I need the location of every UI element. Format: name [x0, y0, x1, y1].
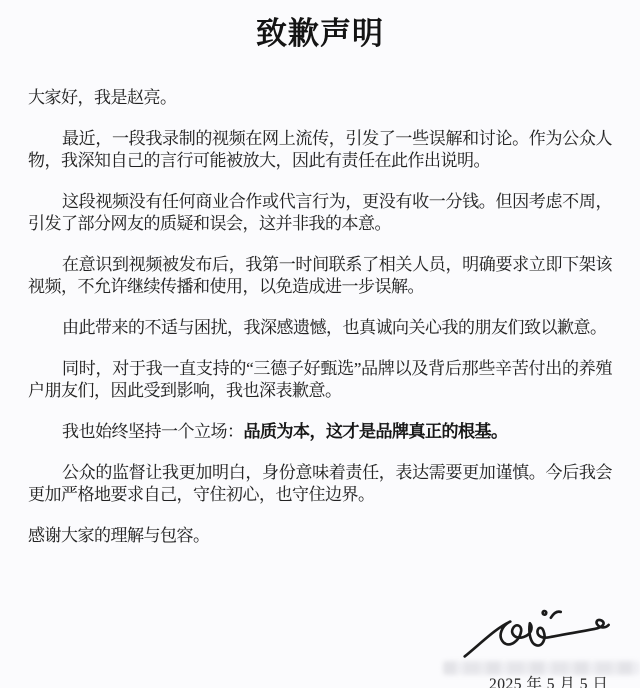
paragraph-text: 在意识到视频被发布后，我第一时间联系了相关人员，明确要求立即下架该视频，不允许继…	[28, 255, 612, 296]
apology-statement-document: 致歉声明 大家好，我是赵亮。 最近，一段我录制的视频在网上流传，引发了一些误解和…	[0, 0, 640, 688]
paragraph-no-commercial: 这段视频没有任何商业合作或代言行为，更没有收一分钱。但因考虑不周，引发了部分网友…	[28, 191, 612, 235]
paragraph-text: 大家好，我是赵亮。	[28, 88, 177, 107]
paragraph-text: 我也始终坚持一个立场：	[62, 422, 244, 441]
page-title: 致歉声明	[28, 14, 612, 54]
paragraph-text: 由此带来的不适与困扰，我深感遗憾，也真诚向关心我的朋友们致以歉意。	[62, 318, 607, 337]
paragraph-text: 同时，对于我一直支持的“三德子好甄选”品牌以及背后那些辛苦付出的养殖户朋友们，因…	[28, 359, 612, 400]
paragraph-thanks: 感谢大家的理解与包容。	[28, 525, 612, 547]
paragraph-takedown: 在意识到视频被发布后，我第一时间联系了相关人员，明确要求立即下架该视频，不允许继…	[28, 254, 612, 298]
paragraph-supervision: 公众的监督让我更加明白，身份意味着责任，表达需要更加谨慎。今后我会更加严格地要求…	[28, 462, 612, 506]
paragraph-text: 这段视频没有任何商业合作或代言行为，更没有收一分钱。但因考虑不周，引发了部分网友…	[28, 192, 612, 233]
statement-date: 2025 年 5 月 5 日	[489, 676, 608, 688]
paragraph-brand-apology: 同时，对于我一直支持的“三德子好甄选”品牌以及背后那些辛苦付出的养殖户朋友们，因…	[28, 358, 612, 402]
paragraph-bold-text: 品质为本，这才是品牌真正的根基。	[244, 422, 508, 441]
paragraph-greeting: 大家好，我是赵亮。	[28, 87, 612, 109]
paragraph-context: 最近，一段我录制的视频在网上流传，引发了一些误解和讨论。作为公众人物，我深知自己…	[28, 128, 612, 172]
handwritten-signature-icon	[458, 604, 616, 658]
paragraph-regret: 由此带来的不适与困扰，我深感遗憾，也真诚向关心我的朋友们致以歉意。	[28, 317, 612, 339]
blurred-watermark	[443, 661, 640, 675]
paragraph-text: 最近，一段我录制的视频在网上流传，引发了一些误解和讨论。作为公众人物，我深知自己…	[28, 129, 612, 170]
signature-scribble-svg	[458, 604, 616, 658]
paragraph-stance: 我也始终坚持一个立场：品质为本，这才是品牌真正的根基。	[28, 421, 612, 443]
paragraph-text: 公众的监督让我更加明白，身份意味着责任，表达需要更加谨慎。今后我会更加严格地要求…	[28, 463, 612, 504]
paragraph-text: 感谢大家的理解与包容。	[28, 526, 210, 545]
